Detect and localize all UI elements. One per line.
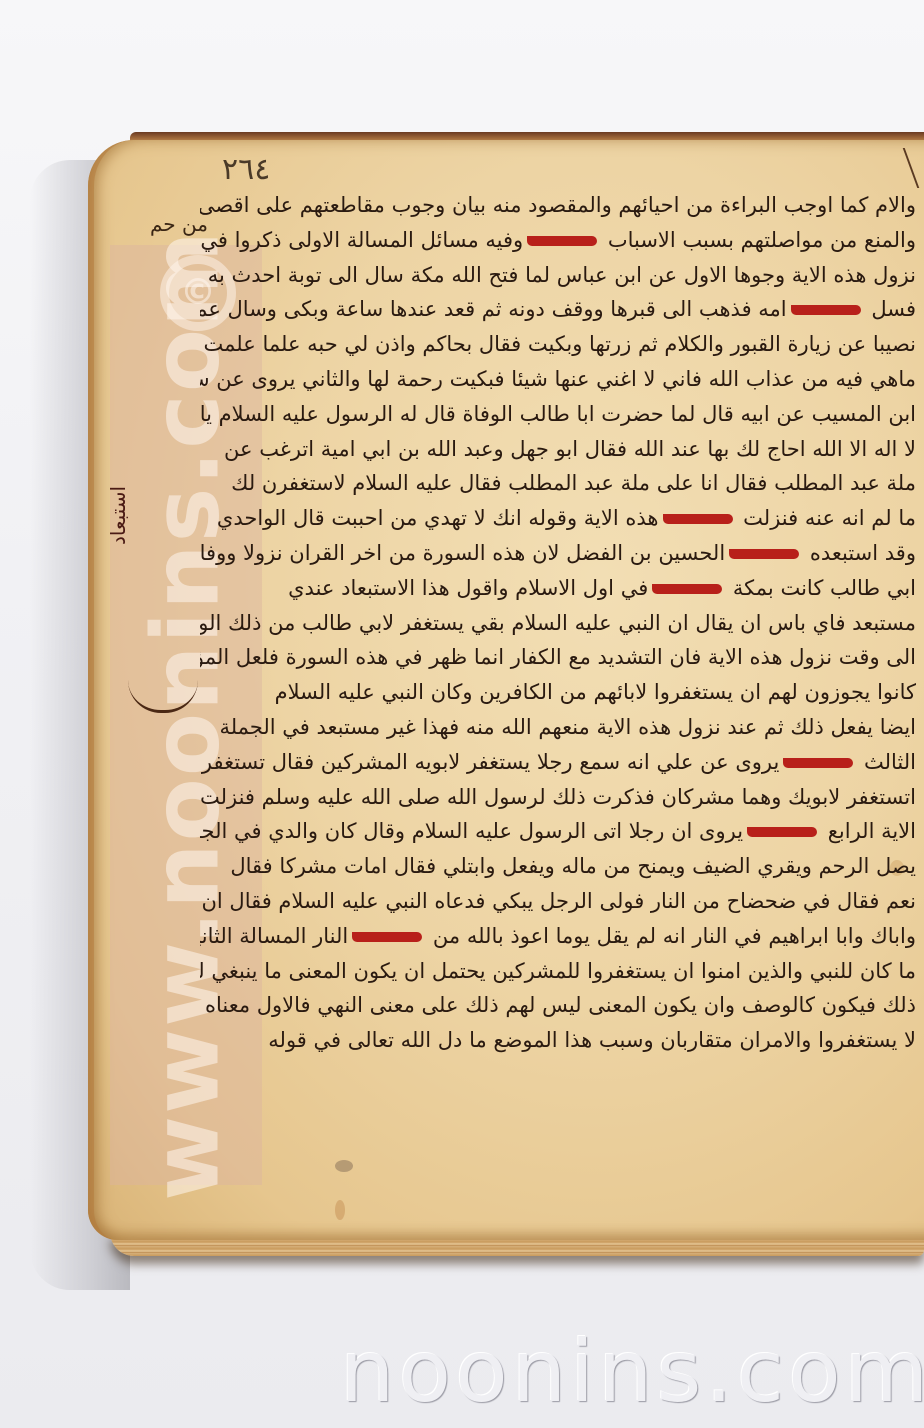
red-rubric-mark	[652, 584, 722, 594]
text-line: لا اله الا الله احاج لك بها عند الله فقا…	[200, 432, 916, 467]
paper-stain	[335, 1160, 353, 1172]
text-line: ابن المسيب عن ابيه قال لما حضرت ابا طالب…	[200, 397, 916, 432]
text-line: وقد استبعده الحسين بن الفضل لان هذه السو…	[200, 536, 916, 571]
text-line: والمنع من مواصلتهم بسبب الاسباب وفيه مسا…	[200, 223, 916, 258]
text-line: نعم فقال في ضحضاح من النار فولى الرجل يب…	[200, 884, 916, 919]
text-line: والام كما اوجب البراءة من احيائهم والمقص…	[200, 188, 916, 223]
text-line: ما كان للنبي والذين امنوا ان يستغفروا لل…	[200, 954, 916, 989]
text-line: كانوا يجوزون لهم ان يستغفروا لابائهم من …	[200, 675, 916, 710]
text-line: نزول هذه الاية وجوها الاول عن ابن عباس ل…	[200, 258, 916, 293]
red-rubric-mark	[783, 758, 853, 768]
bottom-watermark: noonins.com	[340, 1322, 924, 1422]
paper-stain	[335, 1200, 345, 1220]
text-line: ما لم انه عنه فنزلت هذه الاية وقوله انك …	[200, 501, 916, 536]
text-line: واباك وابا ابراهيم في النار انه لم يقل ي…	[200, 919, 916, 954]
red-rubric-mark	[747, 827, 817, 837]
text-line: ماهي فيه من عذاب الله فاني لا اغني عنها …	[200, 362, 916, 397]
text-line: ذلك فيكون كالوصف وان يكون المعنى ليس لهم…	[200, 988, 916, 1023]
text-line: يصل الرحم ويقري الضيف ويمنح من ماله ويفع…	[200, 849, 916, 884]
text-line: لا يستغفروا والامران متقاربان وسبب هذا ا…	[200, 1023, 916, 1058]
page-number: ٢٦٤	[222, 152, 270, 187]
text-line: مستبعد فاي باس ان يقال ان النبي عليه الس…	[200, 606, 916, 641]
text-line: نصيبا عن زيارة القبور والكلام ثم زرتها و…	[200, 327, 916, 362]
red-rubric-mark	[352, 932, 422, 942]
text-line: الاية الرابع يروى ان رجلا اتى الرسول علي…	[200, 814, 916, 849]
text-line: الثالث يروى عن علي انه سمع رجلا يستغفر ل…	[200, 745, 916, 780]
text-line: ايضا يفعل ذلك ثم عند نزول هذه الاية منعه…	[200, 710, 916, 745]
text-line: الى وقت نزول هذه الاية فان التشديد مع ال…	[200, 640, 916, 675]
red-rubric-mark	[791, 305, 861, 315]
text-line: فسل امه فذهب الى قبرها ووقف دونه ثم قعد …	[200, 292, 916, 327]
text-line: اتستغفر لابويك وهما مشركان فذكرت ذلك لرس…	[200, 780, 916, 815]
text-line: ملة عبد المطلب فقال انا على ملة عبد المط…	[200, 466, 916, 501]
left-margin-note: استبعاد	[106, 486, 130, 545]
red-rubric-mark	[729, 549, 799, 559]
text-line: ابي طالب كانت بمكة في اول الاسلام واقول …	[200, 571, 916, 606]
manuscript-text: والام كما اوجب البراءة من احيائهم والمقص…	[200, 188, 916, 1058]
red-rubric-mark	[663, 514, 733, 524]
red-rubric-mark	[527, 236, 597, 246]
